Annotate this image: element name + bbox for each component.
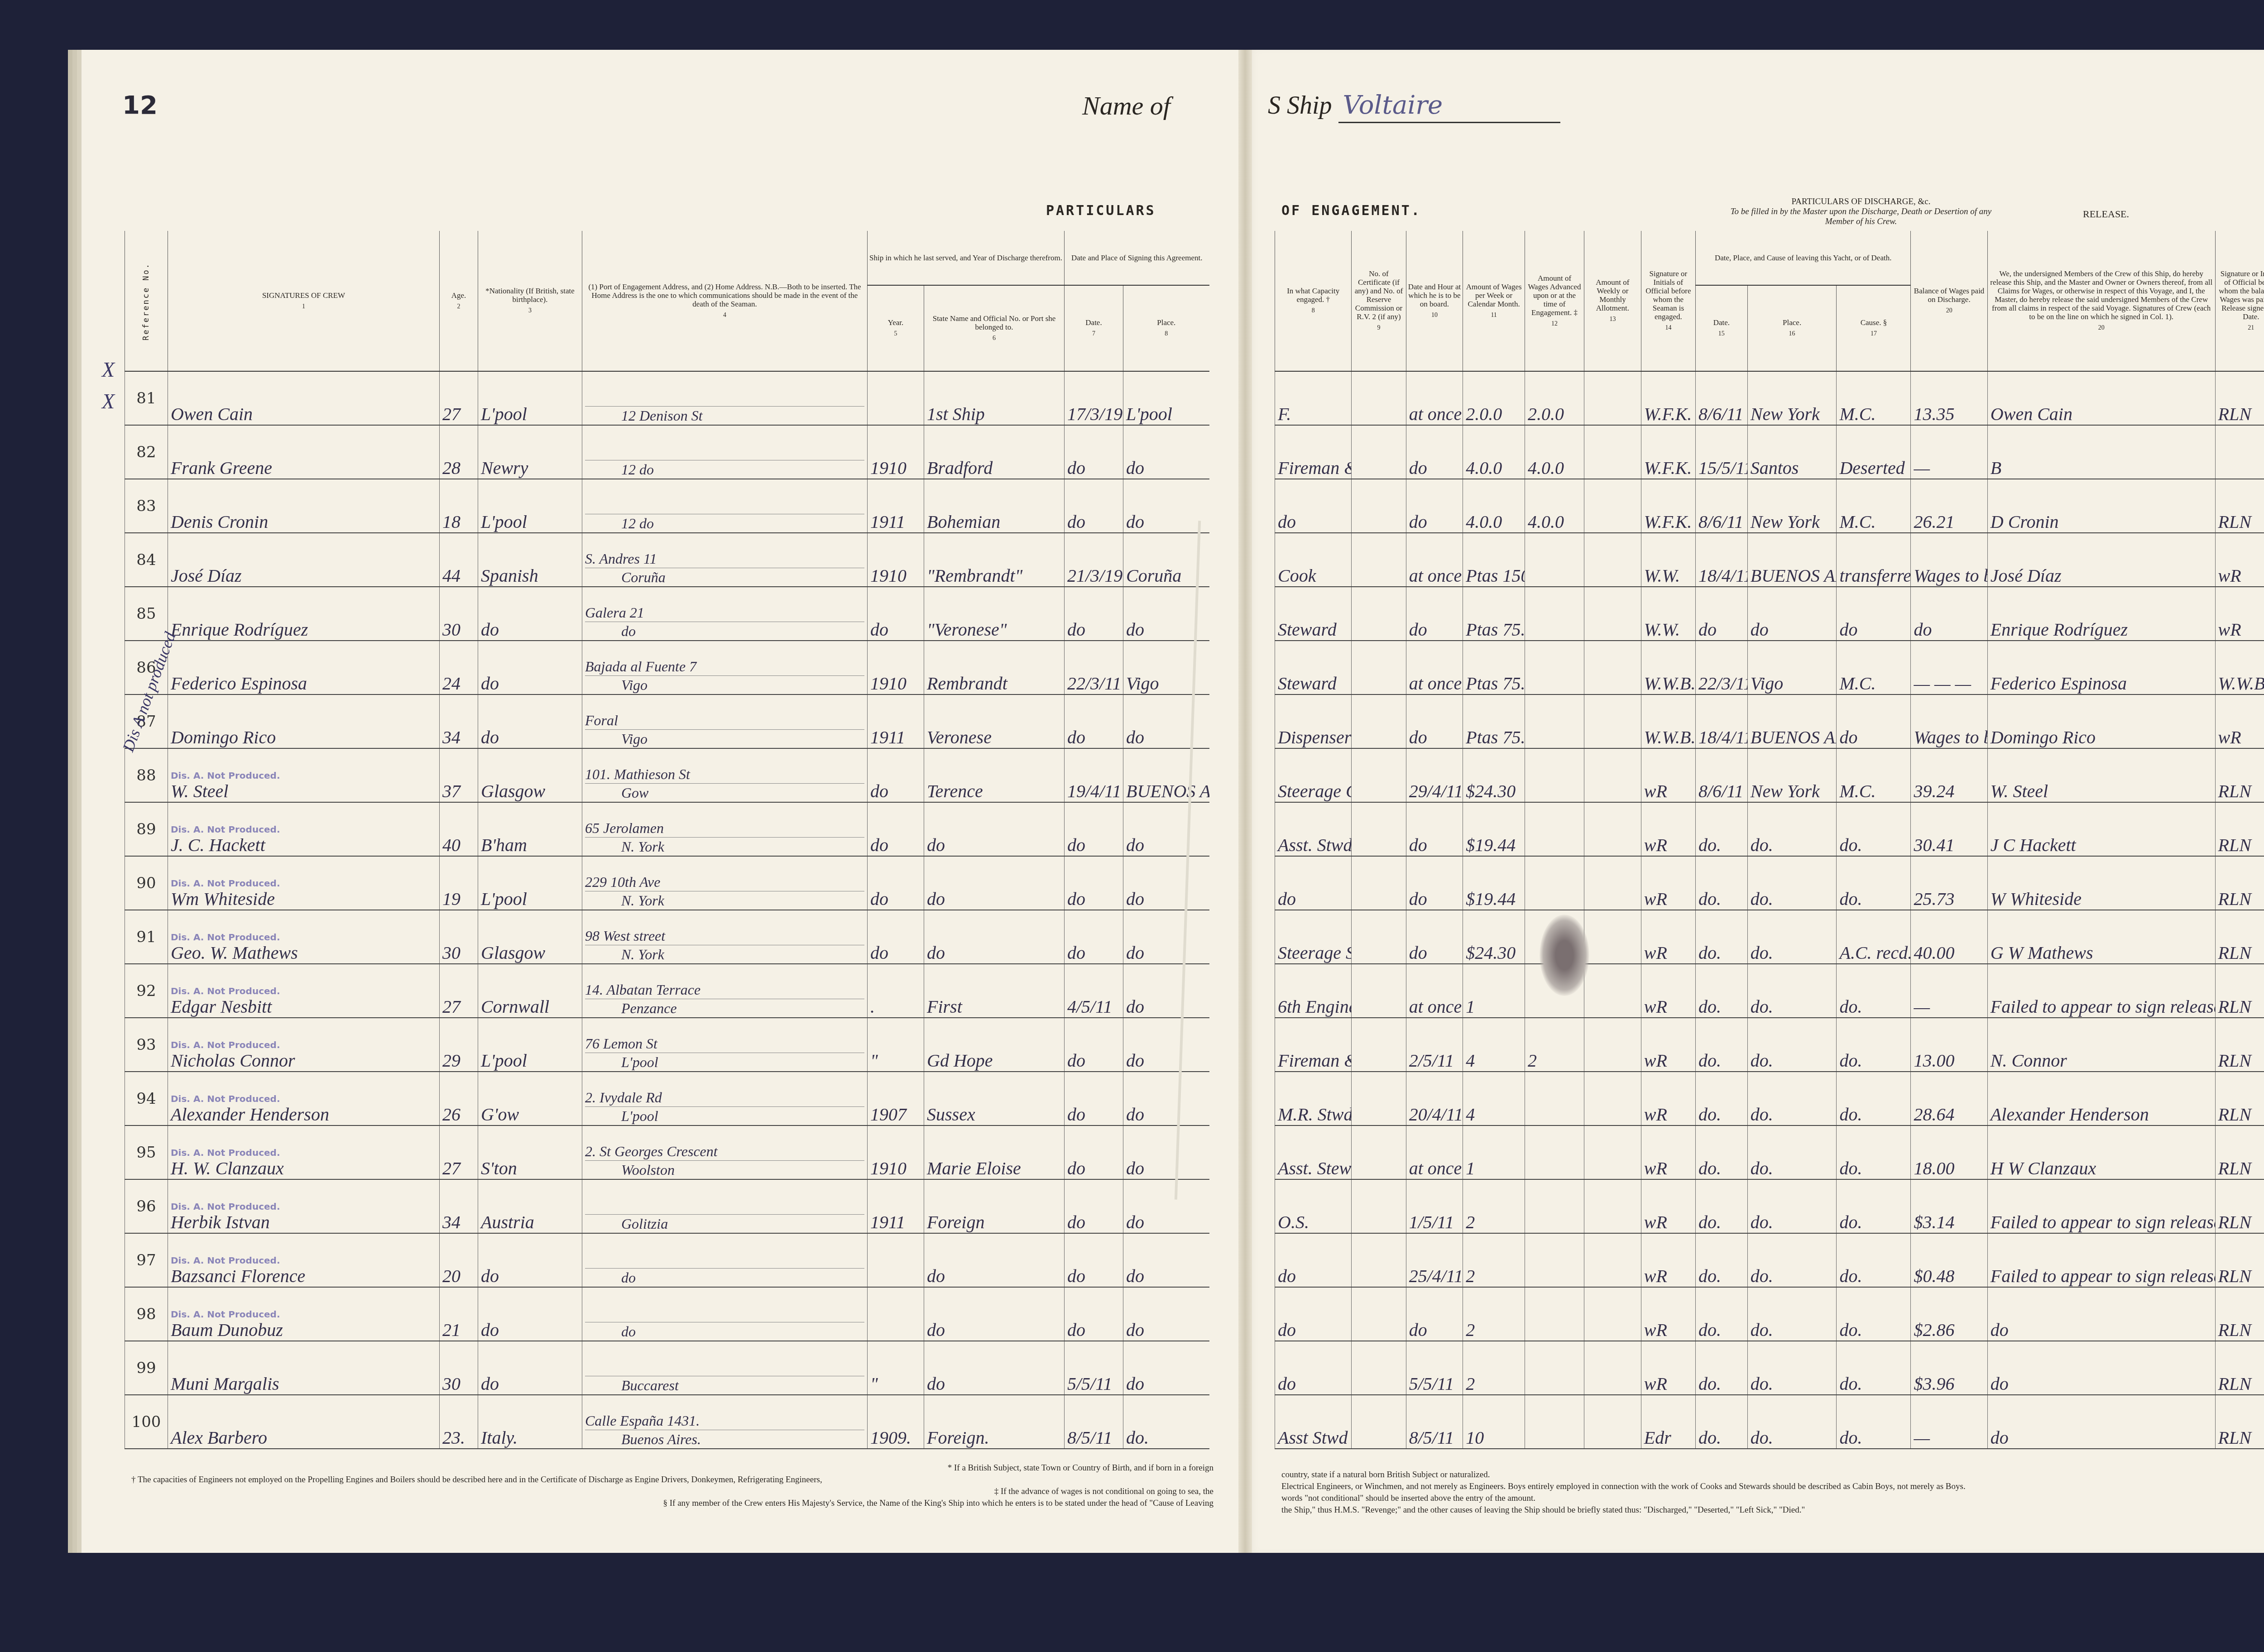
crew-row: 82 Frank Greene 28 Newry 12 do 1910 Brad…: [125, 425, 1209, 479]
balance-paid: $3.96: [1911, 1341, 1987, 1395]
discharge-place: do.: [1747, 910, 1837, 964]
port-address: 2. St Georges Crescent: [585, 1142, 864, 1161]
monthly-wages: 2: [1463, 1233, 1525, 1287]
balance-paid: $2.86: [1911, 1287, 1987, 1341]
capacity: Fireman & Trimmer: [1275, 1018, 1352, 1072]
discharge-place: do.: [1747, 1125, 1837, 1179]
release-official: RLN: [2215, 1341, 2264, 1395]
col-7-8-group-header: Date and Place of Signing this Agreement…: [1065, 231, 1209, 285]
last-ship-year: do: [868, 910, 924, 964]
crew-signature: Owen Cain: [171, 404, 253, 424]
crew-signature-cell: Dis. A. Not Produced.H. W. Clanzaux: [168, 1125, 440, 1179]
col-r16-label: Place.: [1783, 318, 1801, 327]
discharge-cause: do.: [1837, 1287, 1911, 1341]
release-official: RLN: [2215, 1233, 2264, 1287]
crew-signature: Enrique Rodríguez: [171, 619, 308, 640]
on-board-date: do: [1406, 694, 1463, 748]
address-cell: 12 do: [582, 425, 868, 479]
last-ship-name: Terence: [924, 748, 1065, 802]
monthly-wages: Ptas 75.00: [1463, 641, 1525, 694]
capacity: M.R. Stwd: [1275, 1072, 1352, 1125]
nationality: do: [478, 641, 582, 694]
address-cell: Bajada al Fuente 7Vigo: [582, 641, 868, 694]
col-8-label: Place.: [1157, 318, 1175, 327]
signing-date: do: [1065, 1125, 1123, 1179]
monthly-wages: 4.0.0: [1463, 479, 1525, 533]
wages-advanced: [1525, 856, 1584, 910]
address-cell: Golitzia: [582, 1179, 868, 1233]
ship-prefix: S Ship: [1268, 91, 1332, 120]
address-cell: S. Andres 11Coruña: [582, 533, 868, 587]
engagement-row: Dispenser do Ptas 75.00 W.W.B. 18/4/11 B…: [1275, 694, 2264, 748]
col-r13-label: Amount of Weekly or Monthly Allotment.: [1596, 278, 1629, 312]
certificate-no: [1352, 802, 1406, 856]
release-official: RLN: [2215, 964, 2264, 1018]
not-produced-stamp: Dis. A. Not Produced.: [171, 771, 436, 781]
col-r10-label: Date and Hour at which he is to be on bo…: [1408, 283, 1461, 308]
crew-signature-cell: Enrique Rodríguez: [168, 587, 440, 641]
last-ship-year: do: [868, 748, 924, 802]
age: 23.: [440, 1395, 478, 1449]
on-board-date: at once: [1406, 964, 1463, 1018]
allotment: [1584, 1125, 1641, 1179]
signing-date: 21/3/1911: [1065, 533, 1123, 587]
release-official: RLN: [2215, 479, 2264, 533]
crew-signature-cell: Owen Cain: [168, 371, 440, 425]
signing-date: 8/5/11: [1065, 1395, 1123, 1449]
discharge-cause: do.: [1837, 1233, 1911, 1287]
crew-signature: Bazsanci Florence: [171, 1266, 305, 1286]
balance-paid: —: [1911, 425, 1987, 479]
monthly-wages: $19.44: [1463, 856, 1525, 910]
monthly-wages: $19.44: [1463, 802, 1525, 856]
monthly-wages: 2: [1463, 1287, 1525, 1341]
col-r21-number: 21: [2217, 324, 2264, 332]
capacity: Steerage Cook: [1275, 748, 1352, 802]
signing-date: do: [1065, 587, 1123, 641]
certificate-no: [1352, 371, 1406, 425]
col-r8-number: 8: [1277, 306, 1349, 315]
on-board-date: do: [1406, 479, 1463, 533]
nationality: Glasgow: [478, 748, 582, 802]
crew-signature: Geo. W. Mathews: [171, 943, 298, 963]
last-ship-name: Gd Hope: [924, 1018, 1065, 1072]
col-r21-header: Signature or Initials of Official before…: [2215, 231, 2264, 371]
discharge-date: 22/3/11: [1695, 641, 1747, 694]
home-address: do: [585, 1269, 864, 1287]
discharge-cause: do.: [1837, 1395, 1911, 1449]
address-cell: 2. Ivydale RdL'pool: [582, 1072, 868, 1125]
age: 20: [440, 1233, 478, 1287]
allotment: [1584, 641, 1641, 694]
wages-advanced: [1525, 694, 1584, 748]
monthly-wages: $24.30: [1463, 910, 1525, 964]
last-ship-name: Marie Eloise: [924, 1125, 1065, 1179]
crew-row: 100 Alex Barbero 23. Italy. Calle España…: [125, 1395, 1209, 1449]
crew-signature-cell: Dis. A. Not Produced.Bazsanci Florence: [168, 1233, 440, 1287]
age: 30: [440, 587, 478, 641]
balance-paid: $3.14: [1911, 1179, 1987, 1233]
age: 24: [440, 641, 478, 694]
last-ship-name: do: [924, 856, 1065, 910]
col-r15-number: 15: [1698, 330, 1746, 338]
nationality: Italy.: [478, 1395, 582, 1449]
signing-date: 22/3/11: [1065, 641, 1123, 694]
ref-number: 83: [125, 479, 168, 533]
engaging-official: W.F.K.: [1641, 479, 1695, 533]
col-r12-header: Amount of Wages Advanced upon or at the …: [1525, 231, 1584, 371]
discharge-place: BUENOS AIRES: [1747, 694, 1837, 748]
discharge-cause: M.C.: [1837, 371, 1911, 425]
last-ship-year: 1911: [868, 1179, 924, 1233]
engaging-official: Edr: [1641, 1395, 1695, 1449]
last-ship-year: 1910: [868, 425, 924, 479]
release-official: RLN: [2215, 1018, 2264, 1072]
nationality: Cornwall: [478, 964, 582, 1018]
discharge-cause: do.: [1837, 964, 1911, 1018]
home-address: N. York: [585, 945, 864, 963]
col-r15-17-group-header: Date, Place, and Cause of leaving this Y…: [1695, 231, 1910, 285]
engaging-official: W.W.: [1641, 587, 1695, 641]
home-address: 12 Denison St: [585, 407, 864, 425]
port-address: S. Andres 11: [585, 550, 864, 568]
crew-row: 92 Dis. A. Not Produced.Edgar Nesbitt 27…: [125, 964, 1209, 1018]
age: 27: [440, 371, 478, 425]
discharge-cause: do.: [1837, 802, 1911, 856]
last-ship-name: Bradford: [924, 425, 1065, 479]
engaging-official: wR: [1641, 1072, 1695, 1125]
discharge-date: do.: [1695, 802, 1747, 856]
address-cell: Calle España 1431.Buenos Aires.: [582, 1395, 868, 1449]
particulars-title: PARTICULARS: [1046, 203, 1156, 219]
allotment: [1584, 479, 1641, 533]
balance-paid: 25.73: [1911, 856, 1987, 910]
crew-signature: H. W. Clanzaux: [171, 1158, 284, 1178]
wages-advanced: [1525, 748, 1584, 802]
capacity: do: [1275, 1341, 1352, 1395]
crew-signature-cell: Federico Espinosa: [168, 641, 440, 694]
port-address: 14. Albatan Terrace: [585, 981, 864, 999]
col-r10-header: Date and Hour at which he is to be on bo…: [1406, 231, 1463, 371]
discharge-cause: do.: [1837, 1179, 1911, 1233]
last-ship-name: Veronese: [924, 694, 1065, 748]
crew-signature: Muni Margalis: [171, 1374, 279, 1394]
not-produced-stamp: Dis. A. Not Produced.: [171, 986, 436, 996]
release-official: RLN: [2215, 1287, 2264, 1341]
col-r21-label: Signature or Initials of Official before…: [2219, 269, 2264, 321]
last-ship-name: Rembrandt: [924, 641, 1065, 694]
col-2-header: Age.2: [440, 231, 478, 371]
discharge-place: do.: [1747, 1018, 1837, 1072]
engagement-row: Asst Stwd 8/5/11 10 Edr do. do. do. — do…: [1275, 1395, 2264, 1449]
last-ship-name: "Rembrandt": [924, 533, 1065, 587]
discharge-place: do: [1747, 587, 1837, 641]
col-6-number: 6: [926, 334, 1062, 343]
signing-place: do: [1123, 694, 1209, 748]
certificate-no: [1352, 425, 1406, 479]
col-r11-label: Amount of Wages per Week or Calendar Mon…: [1466, 283, 1522, 308]
discharge-cause: do.: [1837, 1341, 1911, 1395]
col-4-header: (1) Port of Engagement Address, and (2) …: [582, 231, 868, 371]
discharge-date: 8/6/11: [1695, 479, 1747, 533]
discharge-place: do.: [1747, 1341, 1837, 1395]
ref-number: 91: [125, 910, 168, 964]
age: 21: [440, 1287, 478, 1341]
home-address: 12 do: [585, 514, 864, 532]
last-ship-year: 1910: [868, 1125, 924, 1179]
engaging-official: W.F.K.: [1641, 425, 1695, 479]
crew-signature: Baum Dunobuz: [171, 1320, 283, 1340]
home-address: Golitzia: [585, 1215, 864, 1233]
discharge-date: do.: [1695, 910, 1747, 964]
last-ship-year: do: [868, 802, 924, 856]
discharge-date: 18/4/11: [1695, 533, 1747, 587]
crew-signature-cell: Dis. A. Not Produced.Geo. W. Mathews: [168, 910, 440, 964]
age: 26: [440, 1072, 478, 1125]
crew-row: 87 Domingo Rico 34 do ForalVigo 1911 Ver…: [125, 694, 1209, 748]
signing-place: do: [1123, 1179, 1209, 1233]
release-official: RLN: [2215, 748, 2264, 802]
ref-number: 89: [125, 802, 168, 856]
col-r17-number: 17: [1838, 330, 1909, 338]
engagement-row: F. at once 2.0.0 2.0.0 W.F.K. 8/6/11 New…: [1275, 371, 2264, 425]
nationality: Austria: [478, 1179, 582, 1233]
capacity: 6th Engineer: [1275, 964, 1352, 1018]
not-produced-stamp: Dis. A. Not Produced.: [171, 824, 436, 834]
signing-date: 5/5/11: [1065, 1341, 1123, 1395]
nationality: do: [478, 1287, 582, 1341]
crew-row: 90 Dis. A. Not Produced.Wm Whiteside 19 …: [125, 856, 1209, 910]
port-address: Calle España 1431.: [585, 1412, 864, 1430]
address-cell: 76 Lemon StL'pool: [582, 1018, 868, 1072]
nationality: Glasgow: [478, 910, 582, 964]
balance-paid: Wages to be paid at Coruña: [1911, 533, 1987, 587]
capacity: Fireman & Trimmer: [1275, 425, 1352, 479]
certificate-no: [1352, 479, 1406, 533]
allotment: [1584, 802, 1641, 856]
signing-date: 17/3/1911: [1065, 371, 1123, 425]
engaging-official: wR: [1641, 910, 1695, 964]
signing-date: do: [1065, 1018, 1123, 1072]
crew-row: 91 Dis. A. Not Produced.Geo. W. Mathews …: [125, 910, 1209, 964]
home-address: Gow: [585, 784, 864, 802]
engagement-row: Steerage Cook 29/4/11 $24.30 wR 8/6/11 N…: [1275, 748, 2264, 802]
certificate-no: [1352, 856, 1406, 910]
discharge-date: 8/6/11: [1695, 748, 1747, 802]
age: 34: [440, 1179, 478, 1233]
release-signature: Owen Cain: [1987, 371, 2215, 425]
release-official: RLN: [2215, 1395, 2264, 1449]
certificate-no: [1352, 748, 1406, 802]
engaging-official: wR: [1641, 1018, 1695, 1072]
engaging-official: W.W.B.: [1641, 641, 1695, 694]
age: 30: [440, 1341, 478, 1395]
nationality: S'ton: [478, 1125, 582, 1179]
home-address: Vigo: [585, 676, 864, 694]
release-signature: Failed to appear to sign release: [1987, 1233, 2215, 1287]
monthly-wages: Ptas 150.00: [1463, 533, 1525, 587]
discharge-place: New York: [1747, 479, 1837, 533]
col-r8-label: In what Capacity engaged. †: [1287, 287, 1339, 304]
crew-row: 89 Dis. A. Not Produced.J. C. Hackett 40…: [125, 802, 1209, 856]
col-r10-number: 10: [1408, 311, 1461, 320]
not-produced-stamp: Dis. A. Not Produced.: [171, 1040, 436, 1050]
col-5-label: Year.: [888, 318, 904, 327]
home-address: N. York: [585, 838, 864, 856]
engaging-official: W.W.B.: [1641, 694, 1695, 748]
footnote-right-1: country, state if a natural born British…: [1281, 1469, 2264, 1481]
certificate-no: [1352, 694, 1406, 748]
crew-row: 84 José Díaz 44 Spanish S. Andres 11Coru…: [125, 533, 1209, 587]
margin-x-82: X: [102, 389, 115, 413]
signing-date: do: [1065, 425, 1123, 479]
signing-place: do: [1123, 425, 1209, 479]
engagement-discharge-table: In what Capacity engaged. †8 No. of Cert…: [1275, 231, 2264, 1449]
col-1-label: SIGNATURES OF CREW: [262, 291, 345, 300]
crew-signature-cell: Dis. A. Not Produced.Alexander Henderson: [168, 1072, 440, 1125]
monthly-wages: 4: [1463, 1018, 1525, 1072]
crew-signature: Federico Espinosa: [171, 673, 307, 694]
age: 27: [440, 964, 478, 1018]
home-address: Penzance: [585, 999, 864, 1017]
capacity: do: [1275, 1287, 1352, 1341]
crew-row: 95 Dis. A. Not Produced.H. W. Clanzaux 2…: [125, 1125, 1209, 1179]
discharge-date: do.: [1695, 1395, 1747, 1449]
certificate-no: [1352, 587, 1406, 641]
release-signature: H W Clanzaux: [1987, 1125, 2215, 1179]
book-gutter: [1238, 50, 1252, 1553]
engaging-official: W.F.K.: [1641, 371, 1695, 425]
discharge-date: do.: [1695, 1179, 1747, 1233]
last-ship-name: 1st Ship: [924, 371, 1065, 425]
release-official: wR: [2215, 533, 2264, 587]
discharge-cause: M.C.: [1837, 641, 1911, 694]
release-title: RELEASE.: [2083, 208, 2129, 220]
monthly-wages: 2: [1463, 1341, 1525, 1395]
col-5-6-group-header: Ship in which he last served, and Year o…: [868, 231, 1065, 285]
discharge-place: do.: [1747, 964, 1837, 1018]
signing-place: do: [1123, 1287, 1209, 1341]
crew-signature-cell: Dis. A. Not Produced.Herbik Istvan: [168, 1179, 440, 1233]
col-6-label: State Name and Official No. or Port she …: [933, 314, 1056, 331]
ref-number: 84: [125, 533, 168, 587]
col-r9-label: No. of Certificate (if any) and No. of R…: [1355, 269, 1403, 321]
engagement-row: Asst. Steward at once 1 wR do. do. do. 1…: [1275, 1125, 2264, 1179]
crew-row: 93 Dis. A. Not Produced.Nicholas Connor …: [125, 1018, 1209, 1072]
last-ship-name: Bohemian: [924, 479, 1065, 533]
col-r14-number: 14: [1643, 324, 1693, 332]
balance-paid: 13.35: [1911, 371, 1987, 425]
discharge-cause: do: [1837, 694, 1911, 748]
allotment: [1584, 964, 1641, 1018]
col-r11-number: 11: [1465, 311, 1523, 320]
capacity: Asst. Steward: [1275, 1125, 1352, 1179]
age: 19: [440, 856, 478, 910]
on-board-date: 1/5/11: [1406, 1179, 1463, 1233]
ref-number: 94: [125, 1072, 168, 1125]
col-r17-header: Cause. §17: [1837, 285, 1911, 371]
capacity: F.: [1275, 371, 1352, 425]
nationality: G'ow: [478, 1072, 582, 1125]
signing-date: 4/5/11: [1065, 964, 1123, 1018]
col-r16-number: 16: [1750, 330, 1835, 338]
age: 34: [440, 694, 478, 748]
engagement-row: M.R. Stwd 20/4/11 4 wR do. do. do. 28.64…: [1275, 1072, 2264, 1125]
crew-signature-cell: Muni Margalis: [168, 1341, 440, 1395]
discharge-place: Vigo: [1747, 641, 1837, 694]
last-ship-name: do: [924, 1287, 1065, 1341]
last-ship-name: do: [924, 1341, 1065, 1395]
allotment: [1584, 1018, 1641, 1072]
col-4-label: (1) Port of Engagement Address, and (2) …: [588, 283, 861, 308]
not-produced-stamp: Dis. A. Not Produced.: [171, 878, 436, 888]
wages-advanced: [1525, 1341, 1584, 1395]
signing-place: do: [1123, 802, 1209, 856]
certificate-no: [1352, 1125, 1406, 1179]
discharge-cause: do: [1837, 587, 1911, 641]
home-address: do: [585, 622, 864, 640]
col-2-number: 2: [441, 302, 476, 311]
nationality: L'pool: [478, 479, 582, 533]
monthly-wages: 4: [1463, 1072, 1525, 1125]
monthly-wages: 4.0.0: [1463, 425, 1525, 479]
certificate-no: [1352, 1179, 1406, 1233]
engaging-official: wR: [1641, 1341, 1695, 1395]
last-ship-name: "Veronese": [924, 587, 1065, 641]
name-of-label: Name of: [1082, 91, 1170, 121]
crew-particulars-table: Reference No. SIGNATURES OF CREW1 Age.2 …: [125, 231, 1209, 1449]
crew-signature-cell: Dis. A. Not Produced.Baum Dunobuz: [168, 1287, 440, 1341]
wages-advanced: [1525, 1179, 1584, 1233]
crew-signature-cell: José Díaz: [168, 533, 440, 587]
ref-number: 97: [125, 1233, 168, 1287]
col-6-header: State Name and Official No. or Port she …: [924, 285, 1065, 371]
signing-date: do: [1065, 856, 1123, 910]
discharge-place: New York: [1747, 748, 1837, 802]
col-7-header: Date.7: [1065, 285, 1123, 371]
col-r8-header: In what Capacity engaged. †8: [1275, 231, 1352, 371]
engaging-official: wR: [1641, 802, 1695, 856]
col-8-header: Place.8: [1123, 285, 1209, 371]
signing-date: do: [1065, 1179, 1123, 1233]
capacity: Steward: [1275, 587, 1352, 641]
signing-date: do: [1065, 694, 1123, 748]
on-board-date: do: [1406, 425, 1463, 479]
col-3-label: *Nationality (If British, state birthpla…: [485, 287, 574, 304]
engagement-row: Fireman & Trimmer 2/5/11 4 2 wR do. do. …: [1275, 1018, 2264, 1072]
address-cell: 65 JerolamenN. York: [582, 802, 868, 856]
monthly-wages: Ptas 75.00: [1463, 694, 1525, 748]
capacity: Dispenser: [1275, 694, 1352, 748]
port-address: Foral: [585, 711, 864, 730]
col-r12-number: 12: [1527, 320, 1582, 328]
not-produced-stamp: Dis. A. Not Produced.: [171, 1202, 436, 1211]
certificate-no: [1352, 1072, 1406, 1125]
last-ship-year: 1909.: [868, 1395, 924, 1449]
crew-row: 81 Owen Cain 27 L'pool 12 Denison St 1st…: [125, 371, 1209, 425]
capacity: do: [1275, 1233, 1352, 1287]
signing-place: do: [1123, 479, 1209, 533]
col-r16-header: Place.16: [1747, 285, 1837, 371]
ink-blot: [1540, 915, 1589, 996]
last-ship-year: ": [868, 1018, 924, 1072]
allotment: [1584, 1072, 1641, 1125]
release-official: RLN: [2215, 910, 2264, 964]
on-board-date: do: [1406, 587, 1463, 641]
allotment: [1584, 1395, 1641, 1449]
col-2-label: Age.: [451, 291, 466, 300]
discharge-date: do.: [1695, 964, 1747, 1018]
